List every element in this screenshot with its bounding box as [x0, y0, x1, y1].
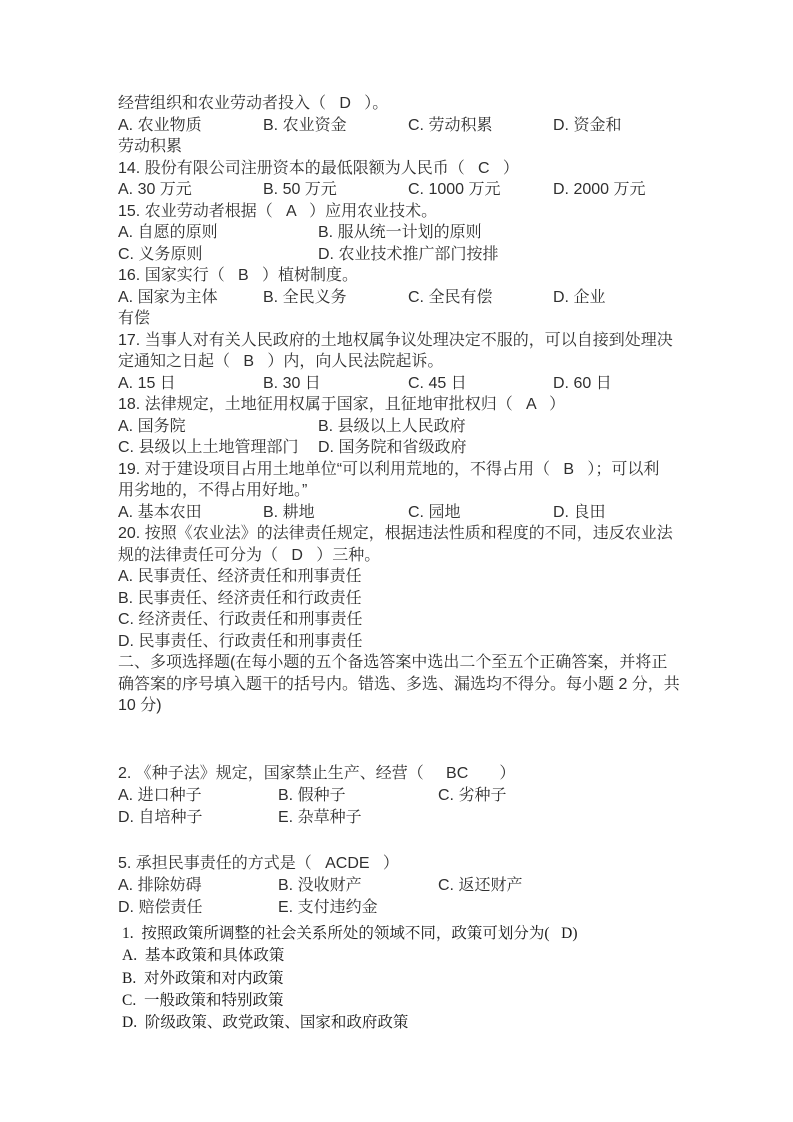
text-cell: B. 民事责任、经济责任和行政责任 [118, 588, 362, 610]
text-cell: C. 经济责任、行政责任和刑事责任 [118, 609, 362, 631]
text-line: 19. 对于建设项目占用土地单位“可以利用荒地的，不得占用（ B ）；可以利 [118, 459, 708, 481]
option-cell: A. 自愿的原则 [118, 222, 318, 244]
text-line: 1. 按照政策所调整的社会关系所处的领域不同，政策可划分为( D) [122, 923, 712, 945]
text-line: A. 自愿的原则B. 服从统一计划的原则 [118, 222, 708, 244]
single-choice-section: 经营组织和农业劳动者投入（ D ）。A. 农业物质B. 农业资金C. 劳动积累D… [118, 93, 708, 717]
option-cell: D. 良田 [553, 502, 698, 524]
text-cell: 1. 按照政策所调整的社会关系所处的领域不同，政策可划分为( D) [122, 923, 578, 945]
text-line: 经营组织和农业劳动者投入（ D ）。 [118, 93, 708, 115]
text-line: 规的法律责任可分为（ D ）三种。 [118, 545, 708, 567]
option-cell: A. 15 日 [118, 373, 263, 395]
text-line: A. 基本农田B. 耕地C. 园地D. 良田 [118, 502, 708, 524]
text-line: 17. 当事人对有关人民政府的土地权属争议处理决定不服的，可以自接到处理决 [118, 330, 708, 352]
text-cell: B. 对外政策和对内政策 [122, 968, 283, 990]
option-cell: C. 1000 万元 [408, 179, 553, 201]
text-line: 16. 国家实行（ B ）植树制度。 [118, 265, 708, 287]
option-cell: A. 30 万元 [118, 179, 263, 201]
text-line: A. 国家为主体B. 全民义务C. 全民有偿D. 企业 [118, 287, 708, 309]
text-line: A. 排除妨碍B. 没收财产C. 返还财产 [118, 875, 708, 897]
option-cell: C. 劳动积累 [408, 115, 553, 137]
text-cell: 劳动积累 [118, 136, 182, 158]
text-line: 20. 按照《农业法》的法律责任规定，根据违法性质和程度的不同，违反农业法 [118, 523, 708, 545]
text-cell: 19. 对于建设项目占用土地单位“可以利用荒地的，不得占用（ B ）；可以利 [118, 459, 659, 481]
text-cell: C. 一般政策和特别政策 [122, 990, 283, 1012]
option-cell: D. 2000 万元 [553, 179, 698, 201]
text-line: A. 15 日B. 30 日C. 45 日D. 60 日 [118, 373, 708, 395]
text-cell: D. 阶级政策、政党政策、国家和政府政策 [122, 1012, 408, 1034]
text-cell: 有偿 [118, 308, 150, 330]
option-cell: A. 基本农田 [118, 502, 263, 524]
text-line: B. 民事责任、经济责任和行政责任 [118, 588, 708, 610]
option-cell: B. 县级以上人民政府 [318, 416, 518, 438]
text-line: 5. 承担民事责任的方式是（ ACDE ） [118, 853, 708, 875]
exam-document-page: 经营组织和农业劳动者投入（ D ）。A. 农业物质B. 农业资金C. 劳动积累D… [0, 0, 793, 1122]
text-line: A. 国务院B. 县级以上人民政府 [118, 416, 708, 438]
option-cell: A. 国务院 [118, 416, 318, 438]
option-cell: A. 农业物质 [118, 115, 263, 137]
text-cell: A. 民事责任、经济责任和刑事责任 [118, 566, 362, 588]
text-line: D. 自培种子E. 杂草种子 [118, 807, 708, 829]
text-line: 10 分) [118, 695, 708, 717]
policy-question-section: 1. 按照政策所调整的社会关系所处的领域不同，政策可划分为( D)A. 基本政策… [122, 923, 712, 1034]
option-cell: D. 赔偿责任 [118, 897, 278, 919]
text-line: D. 阶级政策、政党政策、国家和政府政策 [122, 1012, 712, 1034]
text-line: 14. 股份有限公司注册资本的最低限额为人民币（ C ） [118, 158, 708, 180]
text-line: A. 进口种子B. 假种子C. 劣种子 [118, 785, 708, 807]
option-cell: C. 县级以上土地管理部门 [118, 437, 318, 459]
text-line: D. 民事责任、行政责任和刑事责任 [118, 631, 708, 653]
text-cell: 18. 法律规定，土地征用权属于国家，且征地审批权归（ A ） [118, 394, 565, 416]
text-cell: 用劣地的，不得占用好地。” [118, 480, 307, 502]
option-cell: B. 没收财产 [278, 875, 438, 897]
option-cell: C. 全民有偿 [408, 287, 553, 309]
text-cell: 2. 《种子法》规定，国家禁止生产、经营（ BC ） [118, 763, 515, 785]
text-line: 15. 农业劳动者根据（ A ）应用农业技术。 [118, 201, 708, 223]
text-line: 确答案的序号填入题干的括号内。错选、多选、漏选均不得分。每小题 2 分，共 [118, 674, 708, 696]
option-cell: E. 杂草种子 [278, 807, 438, 829]
option-cell: B. 服从统一计划的原则 [318, 222, 518, 244]
text-line: A. 农业物质B. 农业资金C. 劳动积累D. 资金和 [118, 115, 708, 137]
text-line: C. 县级以上土地管理部门D. 国务院和省级政府 [118, 437, 708, 459]
multi-choice-question-5: 5. 承担民事责任的方式是（ ACDE ）A. 排除妨碍B. 没收财产C. 返还… [118, 853, 708, 918]
option-cell: C. 园地 [408, 502, 553, 524]
option-cell: C. 45 日 [408, 373, 553, 395]
option-cell: D. 60 日 [553, 373, 698, 395]
text-line: 用劣地的，不得占用好地。” [118, 480, 708, 502]
text-line: 有偿 [118, 308, 708, 330]
option-cell: B. 耕地 [263, 502, 408, 524]
text-cell: 规的法律责任可分为（ D ）三种。 [118, 545, 380, 567]
option-cell: D. 农业技术推广部门按排 [318, 244, 518, 266]
text-cell: 二、多项选择题(在每小题的五个备选答案中选出二个至五个正确答案，并将正 [118, 652, 667, 674]
option-cell: D. 国务院和省级政府 [318, 437, 518, 459]
text-line: D. 赔偿责任E. 支付违约金 [118, 897, 708, 919]
text-cell: 16. 国家实行（ B ）植树制度。 [118, 265, 358, 287]
text-line: C. 一般政策和特别政策 [122, 990, 712, 1012]
text-line: B. 对外政策和对内政策 [122, 968, 712, 990]
text-line: A. 基本政策和具体政策 [122, 945, 712, 967]
text-line: 定通知之日起（ B ）内，向人民法院起诉。 [118, 351, 708, 373]
text-line: A. 民事责任、经济责任和刑事责任 [118, 566, 708, 588]
text-cell: A. 基本政策和具体政策 [122, 945, 284, 967]
option-cell: A. 排除妨碍 [118, 875, 278, 897]
text-cell: 5. 承担民事责任的方式是（ ACDE ） [118, 853, 399, 875]
text-line: 二、多项选择题(在每小题的五个备选答案中选出二个至五个正确答案，并将正 [118, 652, 708, 674]
text-line: 劳动积累 [118, 136, 708, 158]
text-cell: 20. 按照《农业法》的法律责任规定，根据违法性质和程度的不同，违反农业法 [118, 523, 673, 545]
text-line: C. 经济责任、行政责任和刑事责任 [118, 609, 708, 631]
text-cell: 定通知之日起（ B ）内，向人民法院起诉。 [118, 351, 443, 373]
text-cell: 10 分) [118, 695, 162, 717]
option-cell: C. 劣种子 [438, 785, 598, 807]
text-line: A. 30 万元B. 50 万元C. 1000 万元D. 2000 万元 [118, 179, 708, 201]
text-line: 2. 《种子法》规定，国家禁止生产、经营（ BC ） [118, 763, 708, 785]
option-cell: B. 农业资金 [263, 115, 408, 137]
text-line: 18. 法律规定，土地征用权属于国家，且征地审批权归（ A ） [118, 394, 708, 416]
option-cell: D. 自培种子 [118, 807, 278, 829]
text-cell: D. 民事责任、行政责任和刑事责任 [118, 631, 362, 653]
option-cell: A. 进口种子 [118, 785, 278, 807]
multi-choice-question-2: 2. 《种子法》规定，国家禁止生产、经营（ BC ）A. 进口种子B. 假种子C… [118, 763, 708, 828]
text-line: C. 义务原则D. 农业技术推广部门按排 [118, 244, 708, 266]
option-cell: D. 企业 [553, 287, 698, 309]
option-cell: B. 全民义务 [263, 287, 408, 309]
option-cell: B. 假种子 [278, 785, 438, 807]
option-cell: B. 50 万元 [263, 179, 408, 201]
option-cell: C. 义务原则 [118, 244, 318, 266]
text-cell: 14. 股份有限公司注册资本的最低限额为人民币（ C ） [118, 158, 519, 180]
option-cell: B. 30 日 [263, 373, 408, 395]
text-cell: 经营组织和农业劳动者投入（ D ）。 [118, 93, 388, 115]
text-cell: 17. 当事人对有关人民政府的土地权属争议处理决定不服的，可以自接到处理决 [118, 330, 673, 352]
text-cell: 确答案的序号填入题干的括号内。错选、多选、漏选均不得分。每小题 2 分，共 [118, 674, 680, 696]
option-cell: C. 返还财产 [438, 875, 598, 897]
option-cell: A. 国家为主体 [118, 287, 263, 309]
option-cell: D. 资金和 [553, 115, 698, 137]
option-cell: E. 支付违约金 [278, 897, 438, 919]
text-cell: 15. 农业劳动者根据（ A ）应用农业技术。 [118, 201, 437, 223]
